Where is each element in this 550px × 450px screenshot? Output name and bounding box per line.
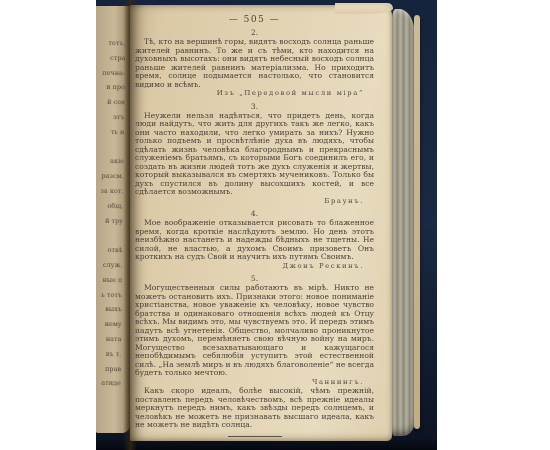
left-page-text-fragments: тотъ, стра печна- и про й сов этъ ть и а… (96, 36, 126, 424)
section-paragraph-5: Могущественныя силы работаютъ въ мірѣ. Н… (135, 284, 374, 378)
book-photo: тотъ, стра печна- и про й сов этъ ть и а… (96, 0, 437, 450)
photo-canvas: тотъ, стра печна- и про й сов этъ ть и а… (0, 0, 550, 450)
book-page: — 505 — 2. Тѣ, кто на вершинѣ горы, видя… (130, 5, 392, 441)
section-number-3: 3. (135, 102, 374, 111)
section-number-5: 5. (135, 274, 374, 283)
section-attribution-2: Изъ „Передовой мысли міра“ (135, 89, 374, 99)
section-paragraph-6: Какъ скоро идеалъ, болѣе высокій, чѣмъ п… (135, 387, 374, 430)
cover-edge-strip (414, 15, 420, 429)
fore-edge-pages (392, 9, 415, 436)
page-text-block: — 505 — 2. Тѣ, кто на вершинѣ горы, видя… (135, 13, 374, 437)
section-attribution-3: Браунъ. (135, 197, 374, 207)
section-number-4: 4. (135, 209, 374, 218)
section-attribution-4: Джонъ Рескинъ. (135, 262, 374, 272)
section-number-2: 2. (135, 28, 374, 37)
section-paragraph-2: Тѣ, кто на вершинѣ горы, видятъ восходъ … (135, 38, 374, 89)
section-paragraph-3: Неужели нельзя надѣяться, что придетъ де… (135, 112, 374, 197)
page-number: — 505 — (135, 15, 374, 25)
section-paragraph-4: Мое воображеніе отказывается рисовать то… (135, 219, 374, 262)
end-divider-rule (228, 436, 282, 437)
